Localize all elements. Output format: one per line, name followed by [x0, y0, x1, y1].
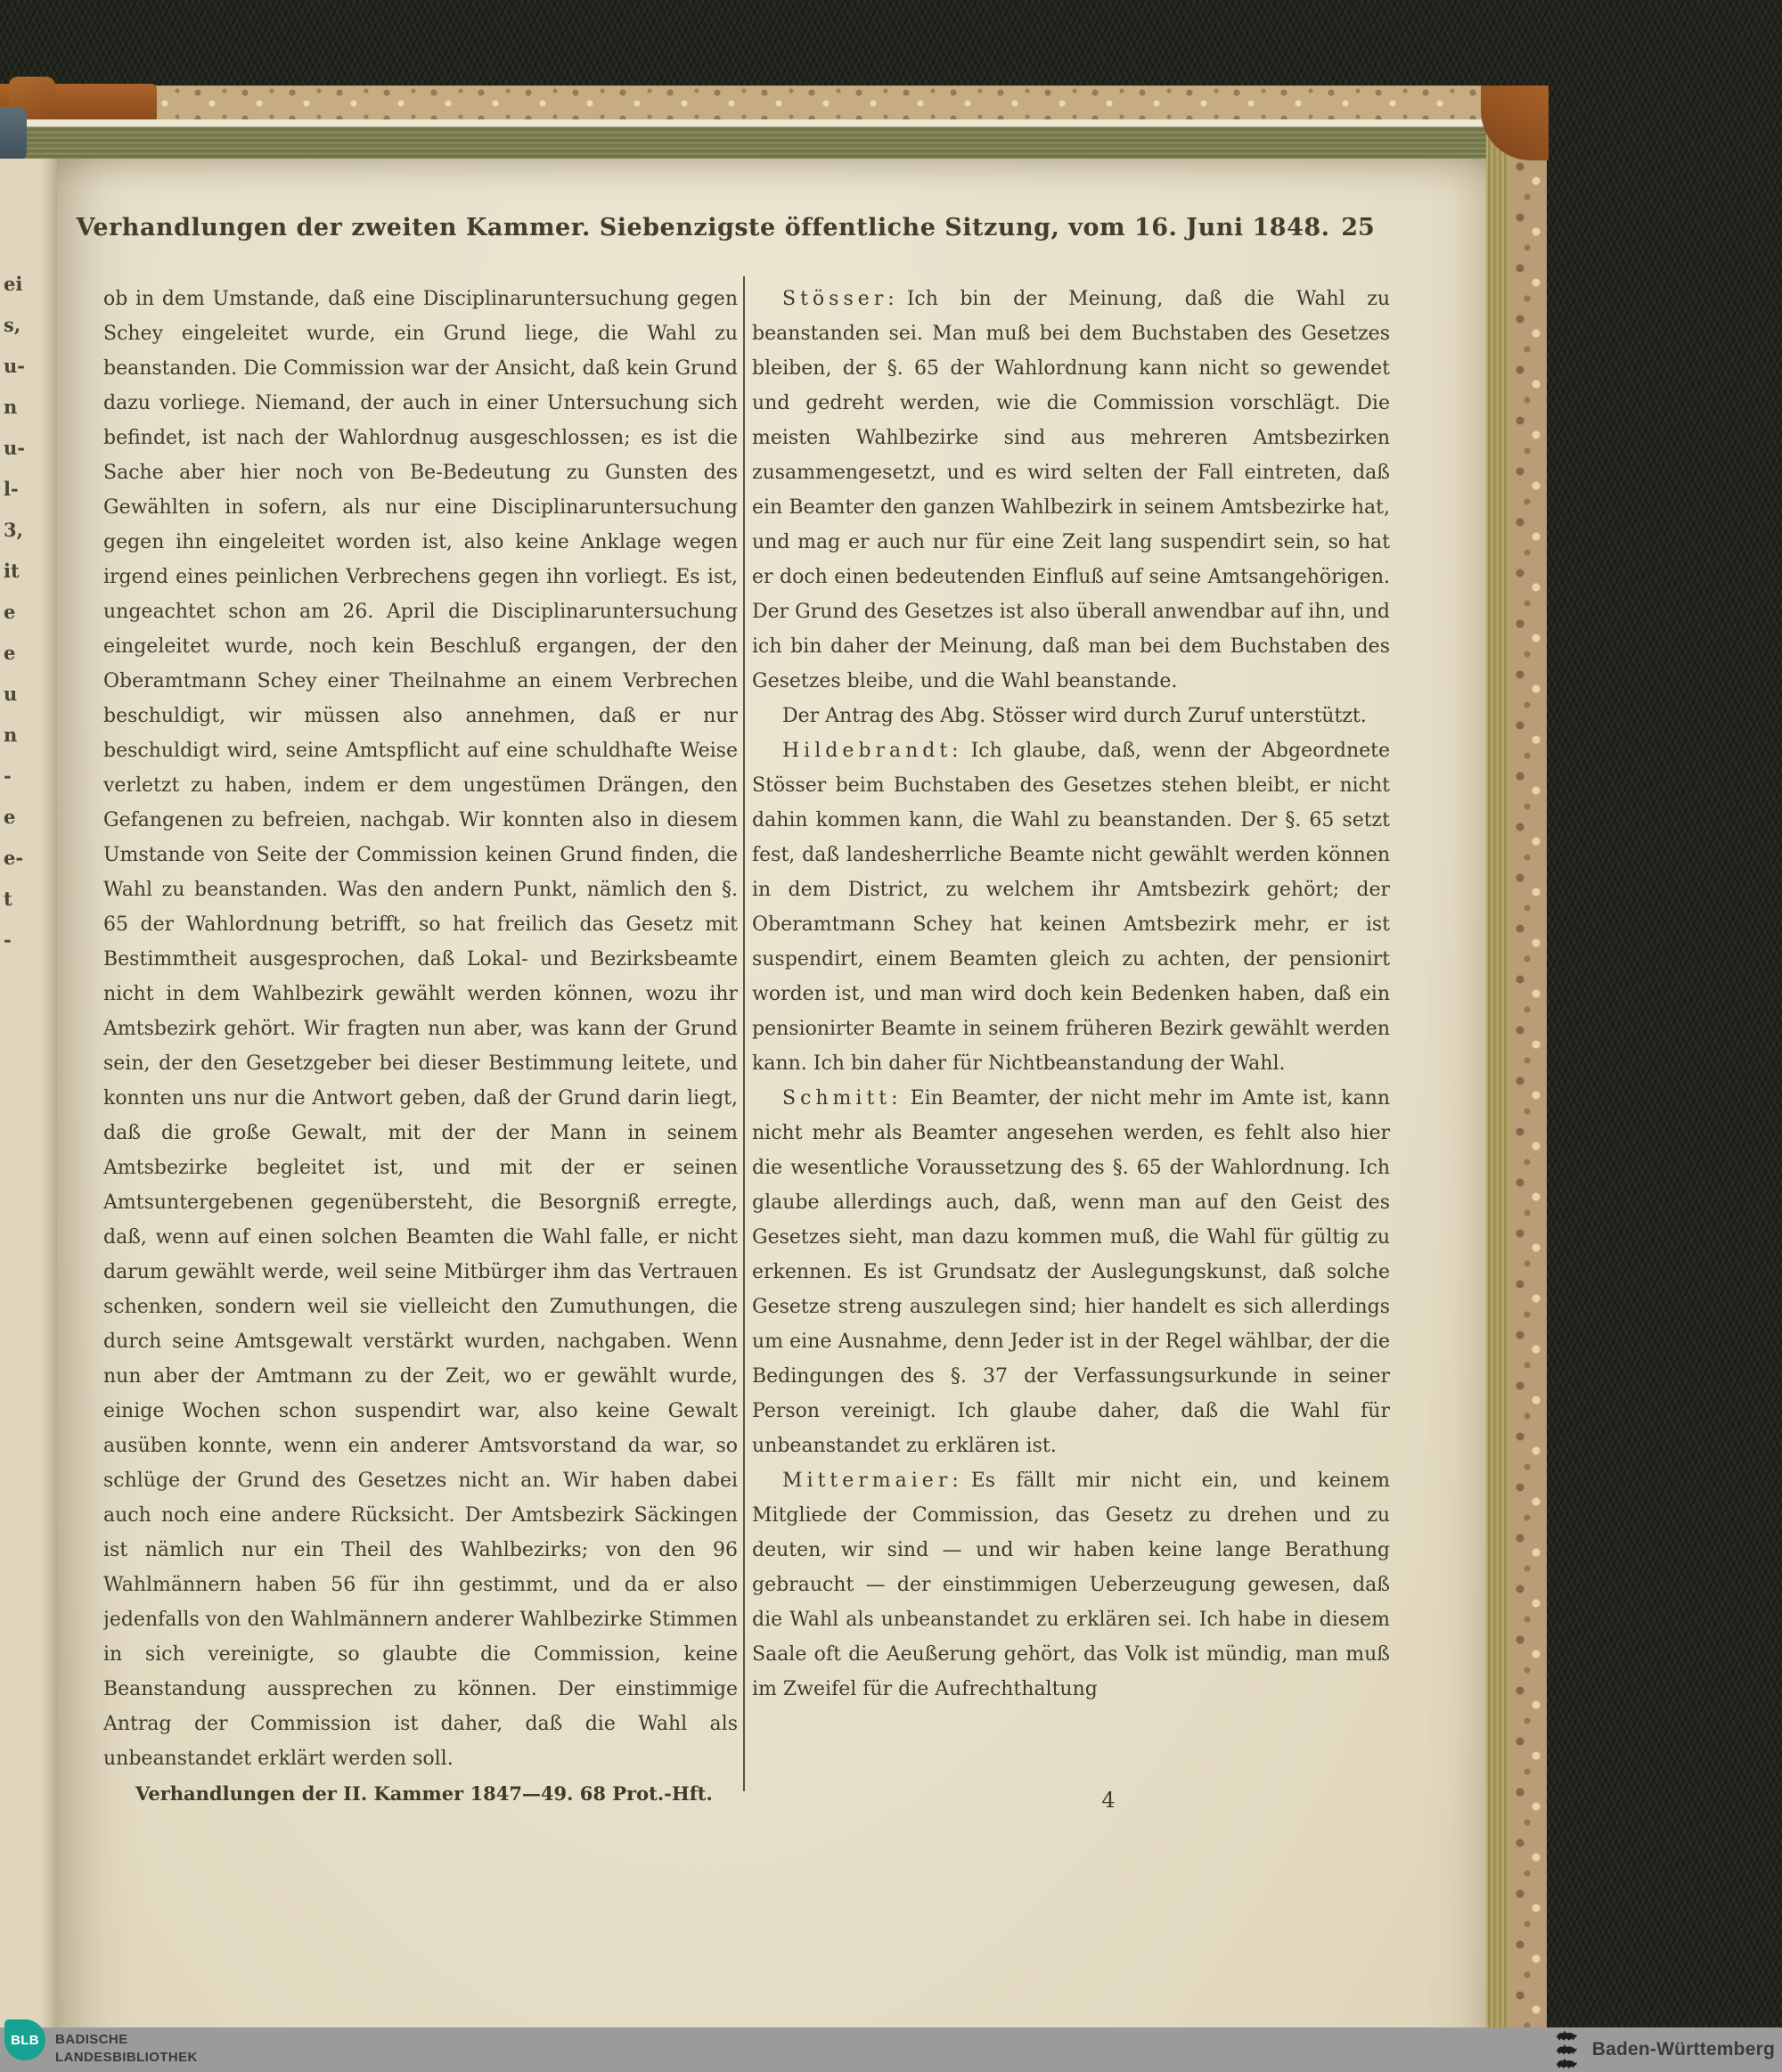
- procedural-note-paragraph: Der Antrag des Abg. Stösser wird durch Z…: [752, 699, 1390, 733]
- facing-page-text-fragment: u-: [4, 346, 39, 387]
- facing-page-text-fragments: eis,u-nu-l-3,iteeun-ee-t-: [4, 264, 39, 961]
- facing-page-text-fragment: e: [4, 797, 39, 838]
- facing-page-text-fragment: -: [4, 756, 39, 797]
- speech-paragraph: Mittermaier:Es fällt mir nicht ein, und …: [752, 1463, 1390, 1707]
- speech-paragraph: Hildebrandt:Ich glaube, daß, wenn der Ab…: [752, 733, 1390, 1081]
- library-name: BADISCHE LANDESBIBLIOTHEK: [55, 2031, 198, 2067]
- facing-page-text-fragment: l-: [4, 469, 39, 510]
- column-divider-rule: [743, 276, 745, 1791]
- endpaper-edge-line: [0, 119, 1525, 127]
- speech-text: Ich bin der Meinung, daß die Wahl zu bea…: [752, 288, 1390, 692]
- facing-page-text-fragment: n: [4, 715, 39, 756]
- facing-page-text-fragment: -: [4, 920, 39, 961]
- speech-text: Ein Beamter, der nicht mehr im Amte ist,…: [752, 1087, 1390, 1457]
- right-text-column: Stösser:Ich bin der Meinung, daß die Wah…: [752, 282, 1390, 1797]
- facing-page-text-fragment: n: [4, 387, 39, 428]
- book-page: Verhandlungen der zweiten Kammer. Sieben…: [57, 159, 1486, 2072]
- state-branding: Baden-Württemberg: [1551, 2027, 1775, 2072]
- speech-paragraph: Schmitt:Ein Beamter, der nicht mehr im A…: [752, 1081, 1390, 1463]
- three-lions-icon: [1551, 2029, 1582, 2070]
- blb-logo-icon: BLB: [4, 2019, 45, 2060]
- facing-page-text-fragment: u-: [4, 428, 39, 469]
- headband: [0, 107, 27, 162]
- facing-page-text-fragment: e: [4, 592, 39, 633]
- marbled-board-right-edge: [1509, 107, 1547, 2027]
- speech-text: Es fällt mir nicht ein, und keinem Mitgl…: [752, 1470, 1390, 1700]
- speaker-name: Schmitt:: [782, 1087, 911, 1110]
- volume-footnote: Verhandlungen der II. Kammer 1847—49. 68…: [135, 1782, 759, 1805]
- facing-page-text-fragment: ei: [4, 264, 39, 305]
- speech-text: Ich glaube, daß, wenn der Abgeordnete St…: [752, 740, 1390, 1075]
- speaker-name: Hildebrandt:: [782, 740, 971, 762]
- library-name-line1: BADISCHE: [55, 2031, 198, 2049]
- running-header: Verhandlungen der zweiten Kammer. Sieben…: [57, 214, 1349, 242]
- state-label: Baden-Württemberg: [1592, 2039, 1775, 2060]
- speaker-name: Stösser:: [782, 288, 907, 310]
- scanned-book-page-view: eis,u-nu-l-3,iteeun-ee-t- Verhandlungen …: [0, 0, 1782, 2072]
- marbled-board-top-edge: [0, 86, 1547, 119]
- facing-page-text-fragment: e: [4, 633, 39, 674]
- speech-paragraph: Stösser:Ich bin der Meinung, daß die Wah…: [752, 282, 1390, 699]
- page-number: 25: [1322, 214, 1394, 242]
- library-footer-bar: BLB BADISCHE LANDESBIBLIOTHEK Baden-Würt…: [0, 2027, 1782, 2072]
- green-page-edges-top: [0, 127, 1515, 159]
- fore-edge-pages-right: [1486, 134, 1511, 2027]
- facing-page-text-fragment: u: [4, 674, 39, 715]
- left-column-body: ob in dem Umstande, daß eine Disciplinar…: [103, 288, 738, 1770]
- left-text-column: ob in dem Umstande, daß eine Disciplinar…: [103, 282, 738, 1797]
- facing-page-text-fragment: e-: [4, 838, 39, 879]
- library-name-line2: LANDESBIBLIOTHEK: [55, 2049, 198, 2067]
- facing-page-text-fragment: s,: [4, 305, 39, 346]
- speaker-name: Mittermaier:: [782, 1470, 971, 1492]
- facing-page-text-fragment: 3,: [4, 510, 39, 551]
- signature-mark: 4: [1064, 1788, 1153, 1813]
- facing-page-sliver: eis,u-nu-l-3,iteeun-ee-t-: [0, 159, 57, 2072]
- facing-page-text-fragment: t: [4, 879, 39, 920]
- facing-page-text-fragment: it: [4, 551, 39, 592]
- speech-text: Der Antrag des Abg. Stösser wird durch Z…: [782, 705, 1367, 727]
